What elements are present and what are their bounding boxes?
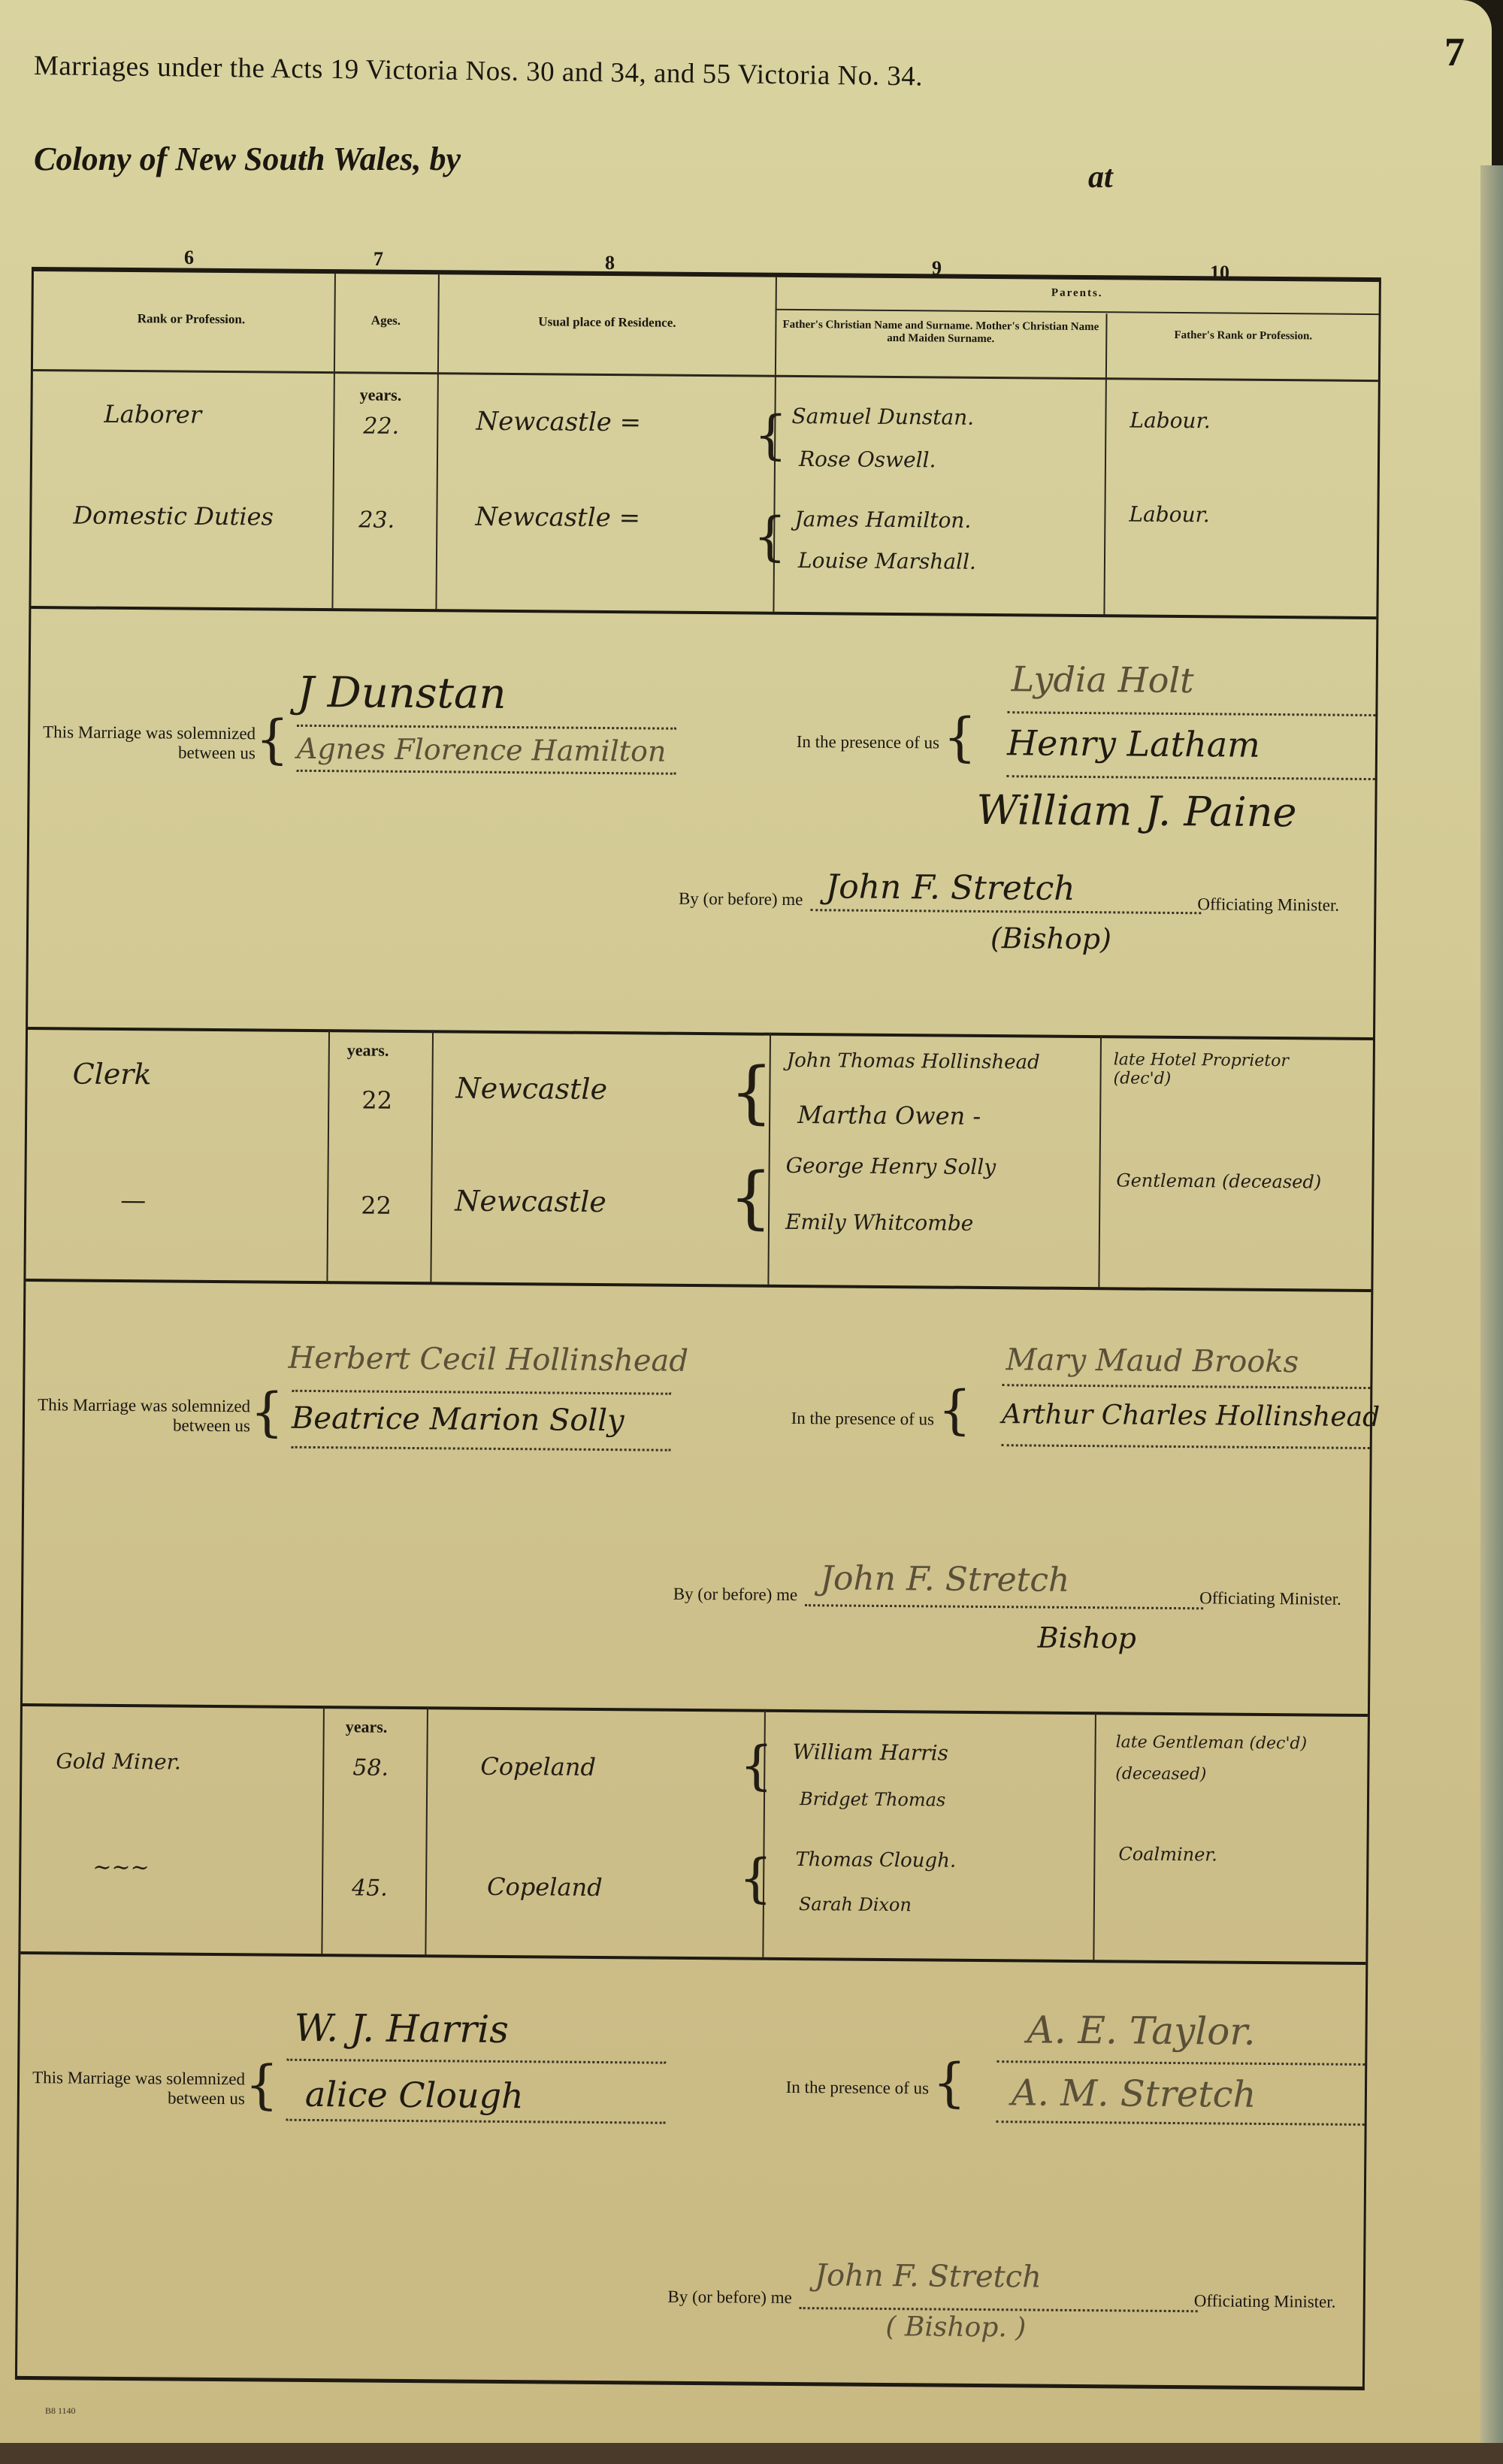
bride-profession: Domestic Duties	[73, 501, 274, 531]
column-number-6: 6	[184, 247, 194, 269]
register-table: Rank or Profession. Ages. Usual place of…	[15, 267, 1381, 2390]
groom-signature: J Dunstan	[297, 668, 506, 719]
page-edge	[1480, 165, 1503, 2464]
presence-label: In the presence of us	[741, 2077, 929, 2098]
bride-age: 22	[361, 1191, 392, 1219]
witness-3-signature: William J. Paine	[976, 786, 1297, 836]
parents-brace: {	[754, 409, 788, 462]
groom-mother: Bridget Thomas	[800, 1788, 946, 1811]
entry-3-details: years. Gold Miner. 58. Copeland { Willia…	[20, 1703, 1368, 1962]
groom-mother: Martha Owen -	[797, 1100, 981, 1131]
witness-2-signature: A. M. Stretch	[1012, 2072, 1257, 2116]
bride-mother: Emily Whitcombe	[785, 1209, 973, 1236]
form-code: B8 1140	[45, 2405, 76, 2417]
bride-signature: Beatrice Marion Solly	[292, 1401, 624, 1438]
minister-title: (Bishop)	[990, 922, 1111, 955]
presence-label: In the presence of us	[746, 1409, 934, 1430]
bride-mother: Sarah Dixon	[799, 1893, 912, 1915]
minister-signature: John F. Stretch	[815, 2258, 1042, 2294]
minister-signature: John F. Stretch	[820, 1559, 1069, 1600]
bride-signature: Agnes Florence Hamilton	[297, 732, 667, 768]
witness-brace: {	[943, 711, 977, 764]
witness-1-signature: Lydia Holt	[1012, 658, 1194, 701]
groom-father: Samuel Dunstan.	[791, 404, 974, 430]
header-residence: Usual place of Residence.	[439, 313, 775, 331]
groom-residence: Newcastle =	[476, 407, 641, 438]
entry-2-signatures: This Marriage was solemnized between us …	[23, 1279, 1371, 1714]
entry-1-signatures: This Marriage was solemnized between us …	[28, 606, 1376, 1037]
solemnized-label: This Marriage was solemnized between us	[30, 722, 256, 764]
parents-brace: {	[739, 1851, 773, 1904]
table-header-row: Rank or Profession. Ages. Usual place of…	[33, 271, 1379, 382]
bride-profession: ~~~	[92, 1854, 150, 1881]
witness-1-signature: Mary Maud Brooks	[1006, 1342, 1299, 1379]
minister-title: Bishop	[1038, 1621, 1137, 1655]
bride-father: Thomas Clough.	[795, 1848, 956, 1872]
bride-residence: Newcastle	[455, 1184, 606, 1218]
colony-heading: Colony of New South Wales, by	[34, 140, 461, 178]
header-parents: Parents.	[776, 285, 1379, 303]
bride-profession: —	[120, 1185, 146, 1215]
bride-father-profession: Labour.	[1129, 501, 1210, 527]
solemnized-label: This Marriage was solemnized between us	[25, 1395, 250, 1436]
officiating-label: Officiating Minister.	[1197, 894, 1362, 916]
minister-title: ( Bishop. )	[885, 2311, 1026, 2343]
witness-brace: {	[933, 2056, 966, 2108]
by-me-label: By (or before) me	[555, 888, 803, 910]
signature-brace: {	[250, 1385, 284, 1438]
by-me-label: By (or before) me	[549, 1583, 797, 1605]
groom-age: 58.	[352, 1754, 389, 1781]
groom-age: 22.	[363, 413, 399, 439]
entry-3-signatures: This Marriage was solemnized between us …	[17, 1951, 1365, 2383]
bride-age: 45.	[352, 1875, 388, 1901]
presence-label: In the presence of us	[751, 732, 939, 753]
groom-residence: Newcastle	[455, 1071, 607, 1106]
witness-2-signature: Arthur Charles Hollinshead	[1002, 1399, 1380, 1433]
parents-brace: {	[739, 1739, 773, 1791]
solemnized-label: This Marriage was solemnized between us	[20, 2068, 245, 2109]
page-number: 7	[1444, 29, 1465, 75]
witness-2-signature: Henry Latham	[1007, 722, 1260, 765]
parents-brace: {	[753, 510, 787, 563]
groom-father-profession: late Hotel Proprietor (dec'd)	[1113, 1050, 1338, 1089]
at-label: at	[1088, 159, 1113, 195]
groom-signature: W. J. Harris	[294, 2006, 509, 2051]
groom-father: William Harris	[792, 1739, 948, 1766]
officiating-label: Officiating Minister.	[1194, 2291, 1359, 2312]
entry-2-details: years. Clerk 22 Newcastle { John Thomas …	[26, 1027, 1373, 1289]
groom-profession: Clerk	[72, 1057, 151, 1091]
years-label: years.	[360, 385, 402, 404]
groom-profession: Gold Miner.	[56, 1748, 181, 1774]
parents-brace: {	[730, 1058, 773, 1126]
groom-profession: Laborer	[104, 400, 201, 429]
bride-father-profession: Gentleman (deceased)	[1116, 1159, 1341, 1204]
minister-signature: John F. Stretch	[825, 867, 1075, 908]
signature-brace: {	[256, 713, 289, 765]
bride-residence: Copeland	[487, 1872, 603, 1902]
header-parents-names: Father's Christian Name and Surname. Mot…	[781, 319, 1100, 347]
groom-father-profession: Labour.	[1130, 407, 1211, 433]
header-fathers-rank: Father's Rank or Profession.	[1115, 328, 1371, 344]
parents-brace: {	[729, 1164, 773, 1231]
bride-father-profession: Coalminer.	[1118, 1843, 1217, 1865]
bride-father: James Hamilton.	[794, 507, 971, 533]
groom-age: 22	[361, 1085, 392, 1114]
page-bottom-edge	[0, 2443, 1503, 2464]
bride-residence: Newcastle =	[475, 502, 640, 534]
bride-mother: Louise Marshall.	[798, 548, 976, 574]
header-ages: Ages.	[334, 313, 437, 328]
groom-mother: Rose Oswell.	[799, 446, 936, 472]
bride-age: 23.	[358, 507, 395, 533]
groom-father-profession: late Gentleman (dec'd) (deceased)	[1115, 1727, 1356, 1791]
signature-brace: {	[245, 2058, 279, 2111]
witness-brace: {	[938, 1384, 972, 1436]
years-label: years.	[347, 1040, 389, 1060]
bride-signature: alice Clough	[305, 2074, 524, 2116]
bride-father: George Henry Solly	[786, 1153, 996, 1179]
entry-1-details: years. Laborer 22. Newcastle = { Samuel …	[31, 369, 1377, 616]
years-label: years.	[346, 1717, 388, 1736]
officiating-label: Officiating Minister.	[1199, 1588, 1365, 1609]
groom-father: John Thomas Hollinshead	[787, 1049, 1040, 1074]
witness-1-signature: A. E. Taylor.	[1027, 2008, 1256, 2053]
column-number-7: 7	[373, 248, 383, 271]
groom-residence: Copeland	[480, 1752, 596, 1781]
header-rank-profession: Rank or Profession.	[63, 310, 319, 327]
groom-signature: Herbert Cecil Hollinshead	[288, 1341, 688, 1379]
by-me-label: By (or before) me	[544, 2286, 792, 2308]
